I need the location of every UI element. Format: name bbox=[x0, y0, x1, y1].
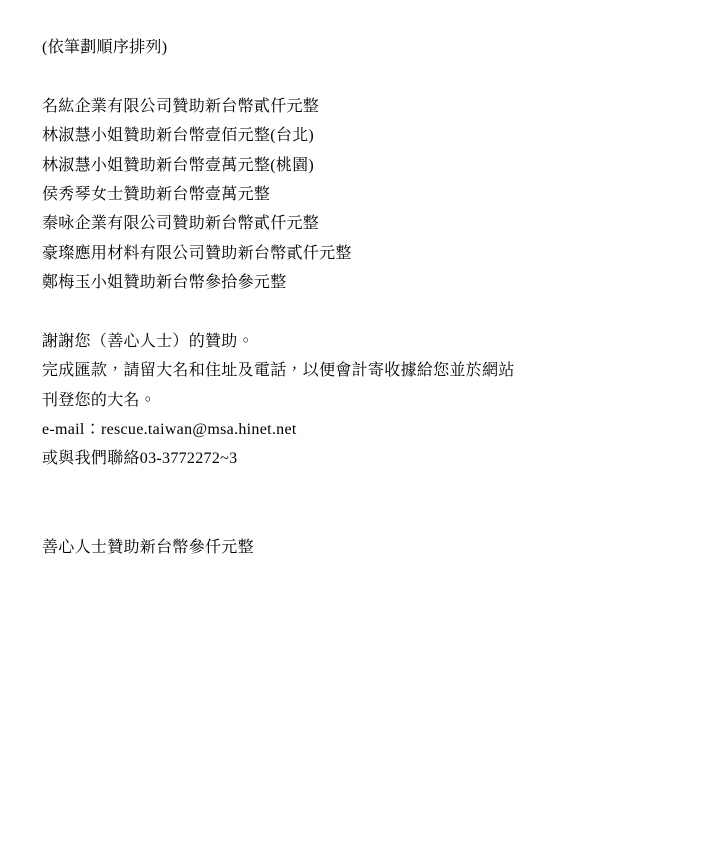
donor-line: 秦咏企業有限公司贊助新台幣貳仟元整 bbox=[42, 209, 680, 238]
thanks-line: 謝謝您（善心人士）的贊助。 bbox=[42, 327, 680, 356]
sort-order-note: (依筆劃順序排列) bbox=[42, 33, 680, 62]
document-page: (依筆劃順序排列) 名紘企業有限公司贊助新台幣貳仟元整 林淑慧小姐贊助新台幣壹佰… bbox=[0, 0, 720, 846]
document-body: (依筆劃順序排列) 名紘企業有限公司贊助新台幣貳仟元整 林淑慧小姐贊助新台幣壹佰… bbox=[0, 0, 720, 562]
donor-line: 林淑慧小姐贊助新台幣壹佰元整(台北) bbox=[42, 121, 680, 150]
blank-line bbox=[42, 62, 680, 91]
blank-line bbox=[42, 298, 680, 327]
thanks-line: 完成匯款，請留大名和住址及電話，以便會計寄收據給您並於網站 bbox=[42, 356, 680, 385]
donor-line: 侯秀琴女士贊助新台幣壹萬元整 bbox=[42, 180, 680, 209]
closing-donor-line: 善心人士贊助新台幣參仟元整 bbox=[42, 533, 680, 562]
donor-line: 林淑慧小姐贊助新台幣壹萬元整(桃園) bbox=[42, 151, 680, 180]
blank-line bbox=[42, 503, 680, 532]
donor-line: 豪璨應用材料有限公司贊助新台幣貳仟元整 bbox=[42, 239, 680, 268]
thanks-line: 刊登您的大名。 bbox=[42, 386, 680, 415]
email-line: e-mail：rescue.taiwan@msa.hinet.net bbox=[42, 415, 680, 444]
blank-line bbox=[42, 474, 680, 503]
donor-line: 鄭梅玉小姐贊助新台幣參拾參元整 bbox=[42, 268, 680, 297]
phone-line: 或與我們聯絡03-3772272~3 bbox=[42, 444, 680, 473]
donor-line: 名紘企業有限公司贊助新台幣貳仟元整 bbox=[42, 92, 680, 121]
